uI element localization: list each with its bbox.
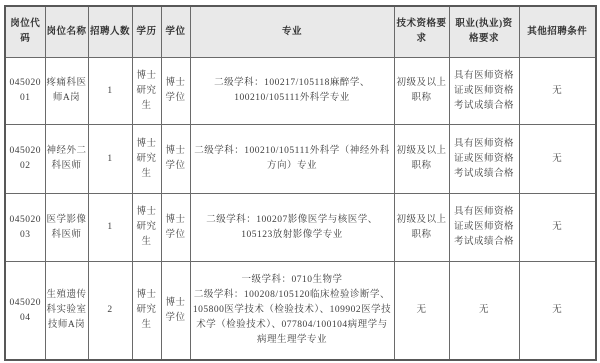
- column-header-other-conditions: 其他招聘条件: [519, 6, 596, 58]
- cell-degree: 博士学位: [161, 125, 190, 194]
- cell-tech-qualification: 无: [394, 262, 449, 361]
- column-header-professional-qualification: 职业(执业)资格要求: [449, 6, 519, 58]
- cell-education: 博士研究生: [132, 125, 161, 194]
- cell-headcount: 1: [88, 194, 132, 262]
- cell-headcount: 2: [88, 262, 132, 361]
- table-header: 岗位代码 岗位名称 招聘人数 学历 学位 专业 技术资格要求 职业(执业)资格要…: [5, 6, 596, 58]
- cell-major: 二级学科：100217/105118麻醉学、100210/105111外科学专业: [190, 58, 394, 125]
- cell-tech-qualification: 初级及以上职称: [394, 125, 449, 194]
- cell-headcount: 1: [88, 125, 132, 194]
- recruitment-table: 岗位代码 岗位名称 招聘人数 学历 学位 专业 技术资格要求 职业(执业)资格要…: [4, 5, 597, 361]
- cell-tech-qualification: 初级及以上职称: [394, 194, 449, 262]
- cell-position-code: 04502002: [5, 125, 45, 194]
- cell-other-conditions: 无: [519, 125, 596, 194]
- column-header-headcount: 招聘人数: [88, 6, 132, 58]
- cell-position-name: 医学影像科医师: [45, 194, 88, 262]
- column-header-tech-qualification: 技术资格要求: [394, 6, 449, 58]
- column-header-position-name: 岗位名称: [45, 6, 88, 58]
- column-header-degree: 学位: [161, 6, 190, 58]
- cell-major: 二级学科：100210/105111外科学（神经外科方向）专业: [190, 125, 394, 194]
- cell-position-name: 生殖遗传科实验室技师A岗: [45, 262, 88, 361]
- cell-professional-qualification: 具有医师资格证或医师资格考试成绩合格: [449, 125, 519, 194]
- cell-headcount: 1: [88, 58, 132, 125]
- column-header-education: 学历: [132, 6, 161, 58]
- table-row: 04502001 疼痛科医师A岗 1 博士研究生 博士学位 二级学科：10021…: [5, 58, 596, 125]
- cell-tech-qualification: 初级及以上职称: [394, 58, 449, 125]
- cell-degree: 博士学位: [161, 58, 190, 125]
- cell-other-conditions: 无: [519, 194, 596, 262]
- cell-position-code: 04502001: [5, 58, 45, 125]
- cell-other-conditions: 无: [519, 58, 596, 125]
- cell-degree: 博士学位: [161, 194, 190, 262]
- table-row: 04502004 生殖遗传科实验室技师A岗 2 博士研究生 博士学位 一级学科：…: [5, 262, 596, 361]
- cell-education: 博士研究生: [132, 58, 161, 125]
- table-body: 04502001 疼痛科医师A岗 1 博士研究生 博士学位 二级学科：10021…: [5, 58, 596, 361]
- cell-position-name: 疼痛科医师A岗: [45, 58, 88, 125]
- cell-other-conditions: 无: [519, 262, 596, 361]
- cell-education: 博士研究生: [132, 262, 161, 361]
- cell-major: 二级学科：100207影像医学与核医学、105123放射影像学专业: [190, 194, 394, 262]
- table-row: 04502003 医学影像科医师 1 博士研究生 博士学位 二级学科：10020…: [5, 194, 596, 262]
- cell-professional-qualification: 无: [449, 262, 519, 361]
- cell-education: 博士研究生: [132, 194, 161, 262]
- cell-degree: 博士学位: [161, 262, 190, 361]
- table-row: 04502002 神经外二科医师 1 博士研究生 博士学位 二级学科：10021…: [5, 125, 596, 194]
- cell-major: 一级学科：0710生物学 二级学科：100208/105120临床检验诊断学、1…: [190, 262, 394, 361]
- column-header-major: 专业: [190, 6, 394, 58]
- cell-position-code: 04502003: [5, 194, 45, 262]
- cell-position-name: 神经外二科医师: [45, 125, 88, 194]
- recruitment-table-page: 岗位代码 岗位名称 招聘人数 学历 学位 专业 技术资格要求 职业(执业)资格要…: [0, 0, 600, 363]
- cell-professional-qualification: 具有医师资格证或医师资格考试成绩合格: [449, 194, 519, 262]
- header-row: 岗位代码 岗位名称 招聘人数 学历 学位 专业 技术资格要求 职业(执业)资格要…: [5, 6, 596, 58]
- column-header-position-code: 岗位代码: [5, 6, 45, 58]
- cell-professional-qualification: 具有医师资格证或医师资格考试成绩合格: [449, 58, 519, 125]
- cell-position-code: 04502004: [5, 262, 45, 361]
